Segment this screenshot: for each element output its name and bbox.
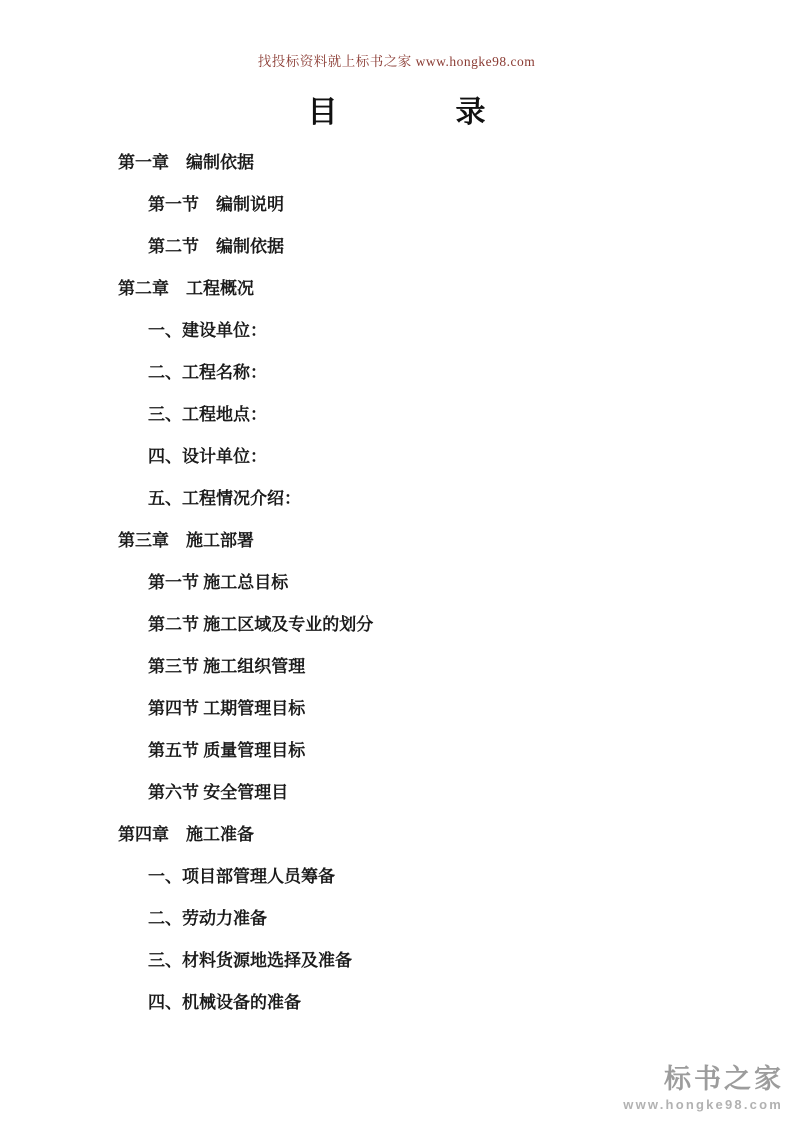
toc-item-section: 二、劳动力准备 [0, 898, 793, 940]
watermark: 标书之家 www.hongke98.com [623, 1065, 781, 1112]
header-watermark-text: 找投标资料就上标书之家 www.hongke98.com [0, 50, 793, 70]
toc-item-section: 三、材料货源地选择及准备 [0, 940, 793, 982]
toc-item-section: 第二节 施工区域及专业的划分 [0, 604, 793, 646]
toc-item-section: 第一节 施工总目标 [0, 562, 793, 604]
toc-item-section: 第五节 质量管理目标 [0, 730, 793, 772]
toc-item-chapter: 第一章 编制依据 [0, 142, 793, 184]
toc-item-section: 第一节 编制说明 [0, 184, 793, 226]
toc-item-section: 四、设计单位： [0, 436, 793, 478]
toc-item-chapter: 第二章 工程概况 [0, 268, 793, 310]
table-of-contents: 第一章 编制依据第一节 编制说明第二节 编制依据第二章 工程概况一、建设单位：二… [0, 142, 793, 1024]
toc-item-section: 三、工程地点： [0, 394, 793, 436]
toc-item-chapter: 第三章 施工部署 [0, 520, 793, 562]
toc-item-section: 五、工程情况介绍： [0, 478, 793, 520]
toc-item-section: 第二节 编制依据 [0, 226, 793, 268]
toc-item-section: 第四节 工期管理目标 [0, 688, 793, 730]
page-title: 目 录 [0, 96, 793, 130]
watermark-logo: 标书之家 [623, 1065, 784, 1095]
title-char-right: 录 [456, 96, 486, 130]
toc-item-section: 第六节 安全管理目 [0, 772, 793, 814]
watermark-url: www.hongke98.com [623, 1097, 783, 1112]
toc-item-section: 二、工程名称： [0, 352, 793, 394]
toc-item-chapter: 第四章 施工准备 [0, 814, 793, 856]
toc-item-section: 一、项目部管理人员筹备 [0, 856, 793, 898]
document-page: 找投标资料就上标书之家 www.hongke98.com 目 录 第一章 编制依… [0, 0, 793, 1122]
toc-item-section: 四、机械设备的准备 [0, 982, 793, 1024]
title-char-left: 目 [308, 96, 338, 130]
toc-item-section: 一、建设单位： [0, 310, 793, 352]
toc-item-section: 第三节 施工组织管理 [0, 646, 793, 688]
